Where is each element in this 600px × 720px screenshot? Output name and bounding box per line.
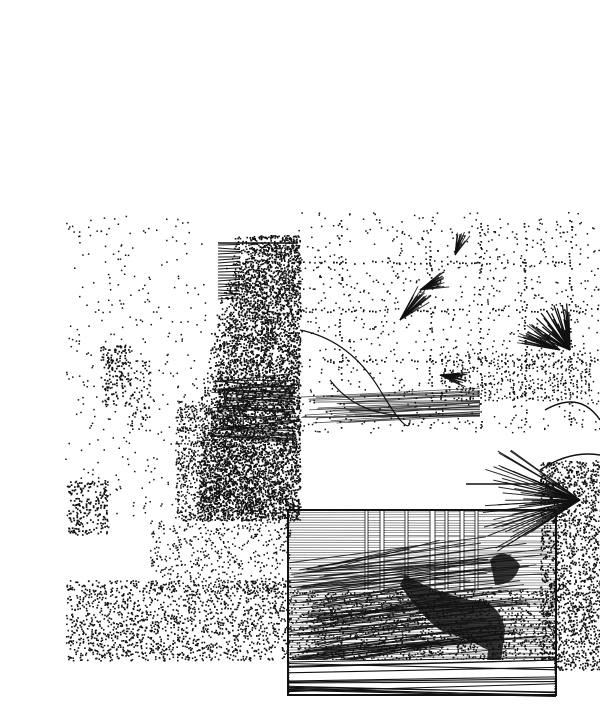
collage-artwork bbox=[0, 0, 600, 720]
paper-background bbox=[0, 0, 600, 720]
